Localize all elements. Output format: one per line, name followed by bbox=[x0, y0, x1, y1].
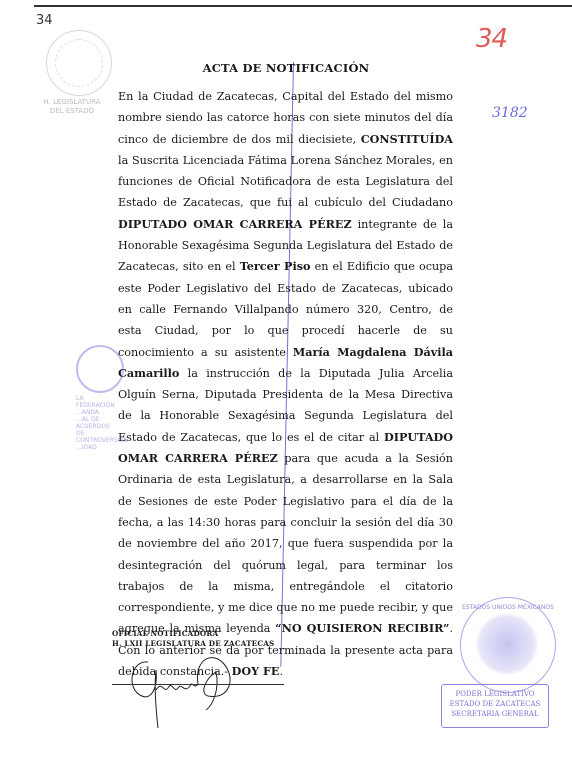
stamp-line: LA FEDERACIÓN bbox=[76, 395, 124, 409]
stamp-box-line: PODER LEGISLATIVO bbox=[442, 689, 548, 699]
officer-role: OFICIAL NOTIFICADORA bbox=[112, 629, 274, 639]
emphasized-text: CONSTITUÍDA bbox=[361, 132, 453, 146]
stamp-line: ...ANDA bbox=[76, 409, 124, 416]
stamp-line: ...AL DE ACUERDOS bbox=[76, 416, 124, 430]
officer-institution: H. LXII LEGISLATURA DE ZACATECAS bbox=[112, 639, 274, 649]
stamp-line: DE CONTROVERSIAS bbox=[76, 430, 124, 444]
red-folio-number: 34 bbox=[476, 24, 507, 54]
officer-title-block: OFICIAL NOTIFICADORA H. LXII LEGISLATURA… bbox=[112, 629, 274, 649]
stamp-box-line: SECRETARIA GENERAL bbox=[442, 709, 548, 719]
blue-folio-number: 3182 bbox=[492, 105, 528, 121]
handwritten-page-number: 34 bbox=[36, 13, 53, 28]
emphasized-text: DIPUTADO OMAR CARRERA PÉREZ bbox=[118, 217, 352, 231]
stamp-box-line: ESTADO DE ZACATECAS bbox=[442, 699, 548, 709]
federation-stamp: LA FEDERACIÓN ...ANDA ...AL DE ACUERDOS … bbox=[76, 345, 124, 425]
body-text-segment: la Suscrita Licenciada Fátima Lorena Sán… bbox=[118, 154, 453, 210]
emphasized-text: “NO QUISIERON RECIBIR” bbox=[275, 621, 449, 635]
federation-stamp-ring-icon bbox=[76, 345, 124, 393]
document-title: ACTA DE NOTIFICACIÓN bbox=[0, 61, 572, 75]
body-text-segment: para que acuda a la Sesión Ordinaria de … bbox=[118, 452, 453, 635]
emphasized-text: Tercer Piso bbox=[240, 259, 311, 273]
seal-label-line: H. LEGISLATURA bbox=[42, 98, 102, 107]
secretaria-general-stamp: PODER LEGISLATIVO ESTADO DE ZACATECAS SE… bbox=[441, 684, 549, 728]
signature-line bbox=[112, 684, 284, 685]
document-body: En la Ciudad de Zacatecas, Capital del E… bbox=[118, 86, 453, 682]
top-border-line bbox=[34, 5, 572, 7]
stamp-line: ...IDAD bbox=[76, 444, 124, 451]
seal-label: H. LEGISLATURA DEL ESTADO bbox=[42, 98, 102, 116]
body-text-segment: . bbox=[279, 665, 283, 678]
national-coat-of-arms-seal-icon: ESTADOS UNIDOS MEXICANOS bbox=[460, 597, 556, 693]
seal-label-line: DEL ESTADO bbox=[42, 107, 102, 116]
signature-icon bbox=[120, 650, 260, 730]
eagle-emblem-icon bbox=[475, 612, 539, 676]
seal-arc-text: ESTADOS UNIDOS MEXICANOS bbox=[461, 604, 555, 611]
